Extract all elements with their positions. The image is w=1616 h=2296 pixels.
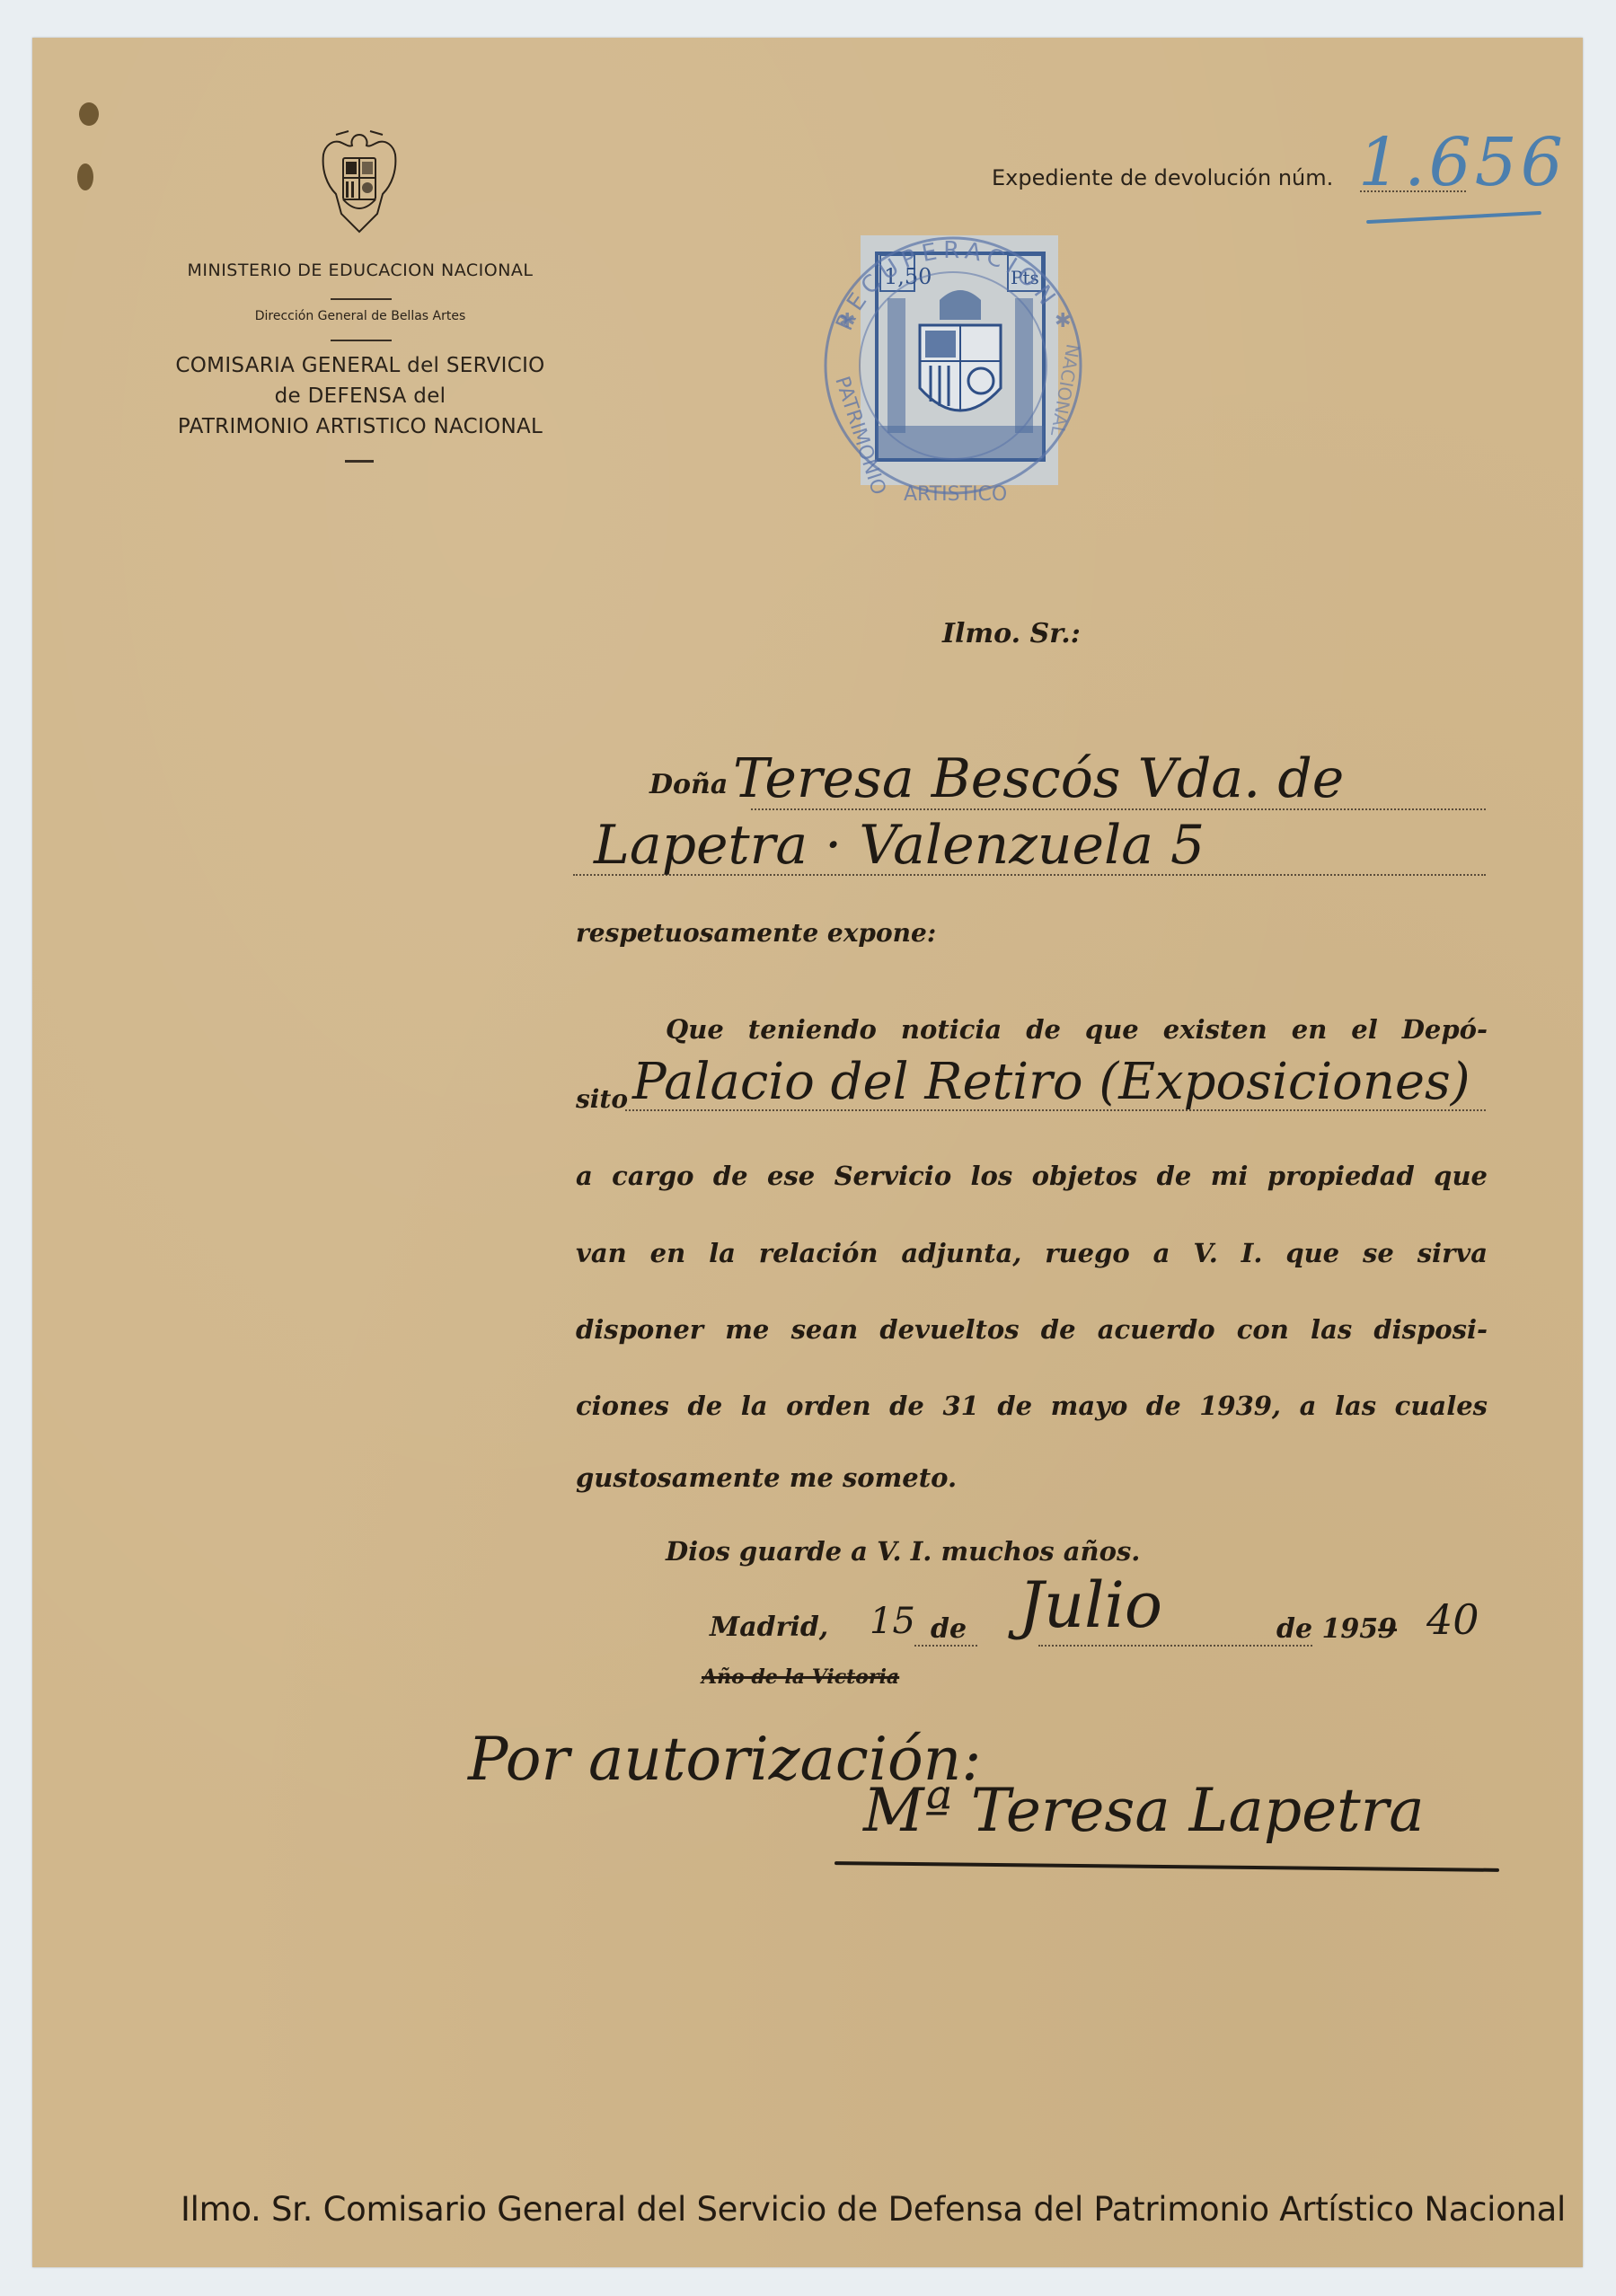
separator <box>345 460 374 463</box>
expediente-number: 1.656 <box>1358 124 1567 201</box>
date-dotted-line-day <box>914 1645 977 1647</box>
date-de-1: de <box>931 1613 967 1645</box>
date-city: Madrid, <box>710 1612 828 1643</box>
salutation: Ilmo. Sr.: <box>942 618 1081 649</box>
commission-name-line2: de DEFENSA del <box>158 384 562 408</box>
expediente-label: Expediente de devolución núm. <box>992 165 1333 190</box>
svg-text:✱: ✱ <box>1055 310 1071 332</box>
fiscal-stamp: 1,50 Pts RECUPERACION PATRIMONIO ARTISTI… <box>805 217 1101 514</box>
petitioner-prefix: Doña <box>649 769 728 800</box>
commission-name-line3: PATRIMONIO ARTISTICO NACIONAL <box>158 415 562 438</box>
ministry-name: MINISTERIO DE EDUCACION NACIONAL <box>158 261 562 280</box>
date-day: 15 <box>870 1601 915 1642</box>
separator <box>331 298 392 300</box>
body-line-6: ciones de la orden de 31 de mayo de 1939… <box>576 1391 1488 1421</box>
body-line-7: gustosamente me someto. <box>576 1462 1488 1493</box>
spanish-coat-of-arms-icon <box>318 128 401 235</box>
date-year-struck-digit: 9 <box>1378 1613 1397 1645</box>
commission-name-line1: COMISARIA GENERAL del SERVICIO <box>158 354 562 377</box>
svg-text:✱: ✱ <box>839 310 855 332</box>
addressee-footer: Ilmo. Sr. Comisario General del Servicio… <box>181 2190 1566 2229</box>
body-line-2-prefix: sito <box>576 1084 628 1114</box>
body-line-4: van en la relación adjunta, ruego a V. I… <box>576 1238 1488 1268</box>
date-month: Julio <box>1019 1568 1162 1642</box>
date-dotted-line-month <box>1038 1645 1312 1647</box>
body-line-1: Que teniendo noticia de que existen en e… <box>666 1014 1488 1045</box>
petitioner-name-line2: Lapetra · Valenzuela 5 <box>594 814 1205 877</box>
deposit-location: Palacio del Retiro (Exposiciones) <box>632 1053 1470 1111</box>
body-line-5: disponer me sean devueltos de acuerdo co… <box>576 1314 1488 1345</box>
date-year-printed: 195 <box>1322 1613 1379 1645</box>
document-page: MINISTERIO DE EDUCACION NACIONAL Direcci… <box>32 38 1583 2267</box>
body-line-3: a cargo de ese Servicio los objetos de m… <box>576 1161 1488 1191</box>
date-year: de 1959 <box>1276 1613 1397 1645</box>
svg-text:ARTISTICO: ARTISTICO <box>904 483 1007 506</box>
stamp-seal-icon: 1,50 Pts RECUPERACION PATRIMONIO ARTISTI… <box>805 217 1101 514</box>
struck-victory-year: Año de la Victoria <box>702 1665 899 1689</box>
expediente-underline <box>1366 211 1541 224</box>
signature-underline <box>834 1861 1499 1872</box>
date-de-2: de <box>1276 1613 1312 1645</box>
direction-name: Dirección General de Bellas Artes <box>158 309 562 323</box>
punch-hole-damage <box>77 163 93 190</box>
signature-name: Mª Teresa Lapetra <box>863 1776 1425 1845</box>
date-year-handwritten: 40 <box>1426 1595 1479 1644</box>
closing-formula: Dios guarde a V. I. muchos años. <box>666 1536 1577 1567</box>
petitioner-name-line1: Teresa Bescós Vda. de <box>733 747 1344 810</box>
punch-hole-damage <box>79 102 99 126</box>
intro-text: respetuosamente expone: <box>576 918 936 948</box>
separator <box>331 340 392 341</box>
